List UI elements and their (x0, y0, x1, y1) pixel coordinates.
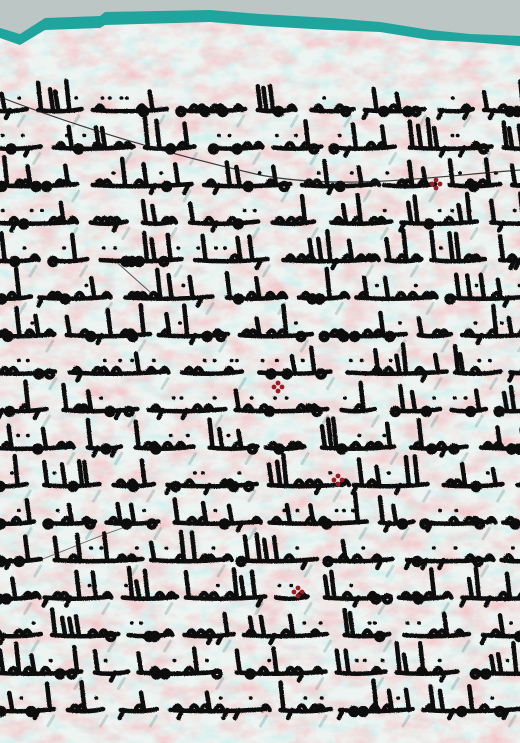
manuscript-image (0, 0, 520, 743)
manuscript-leaf (0, 0, 520, 743)
